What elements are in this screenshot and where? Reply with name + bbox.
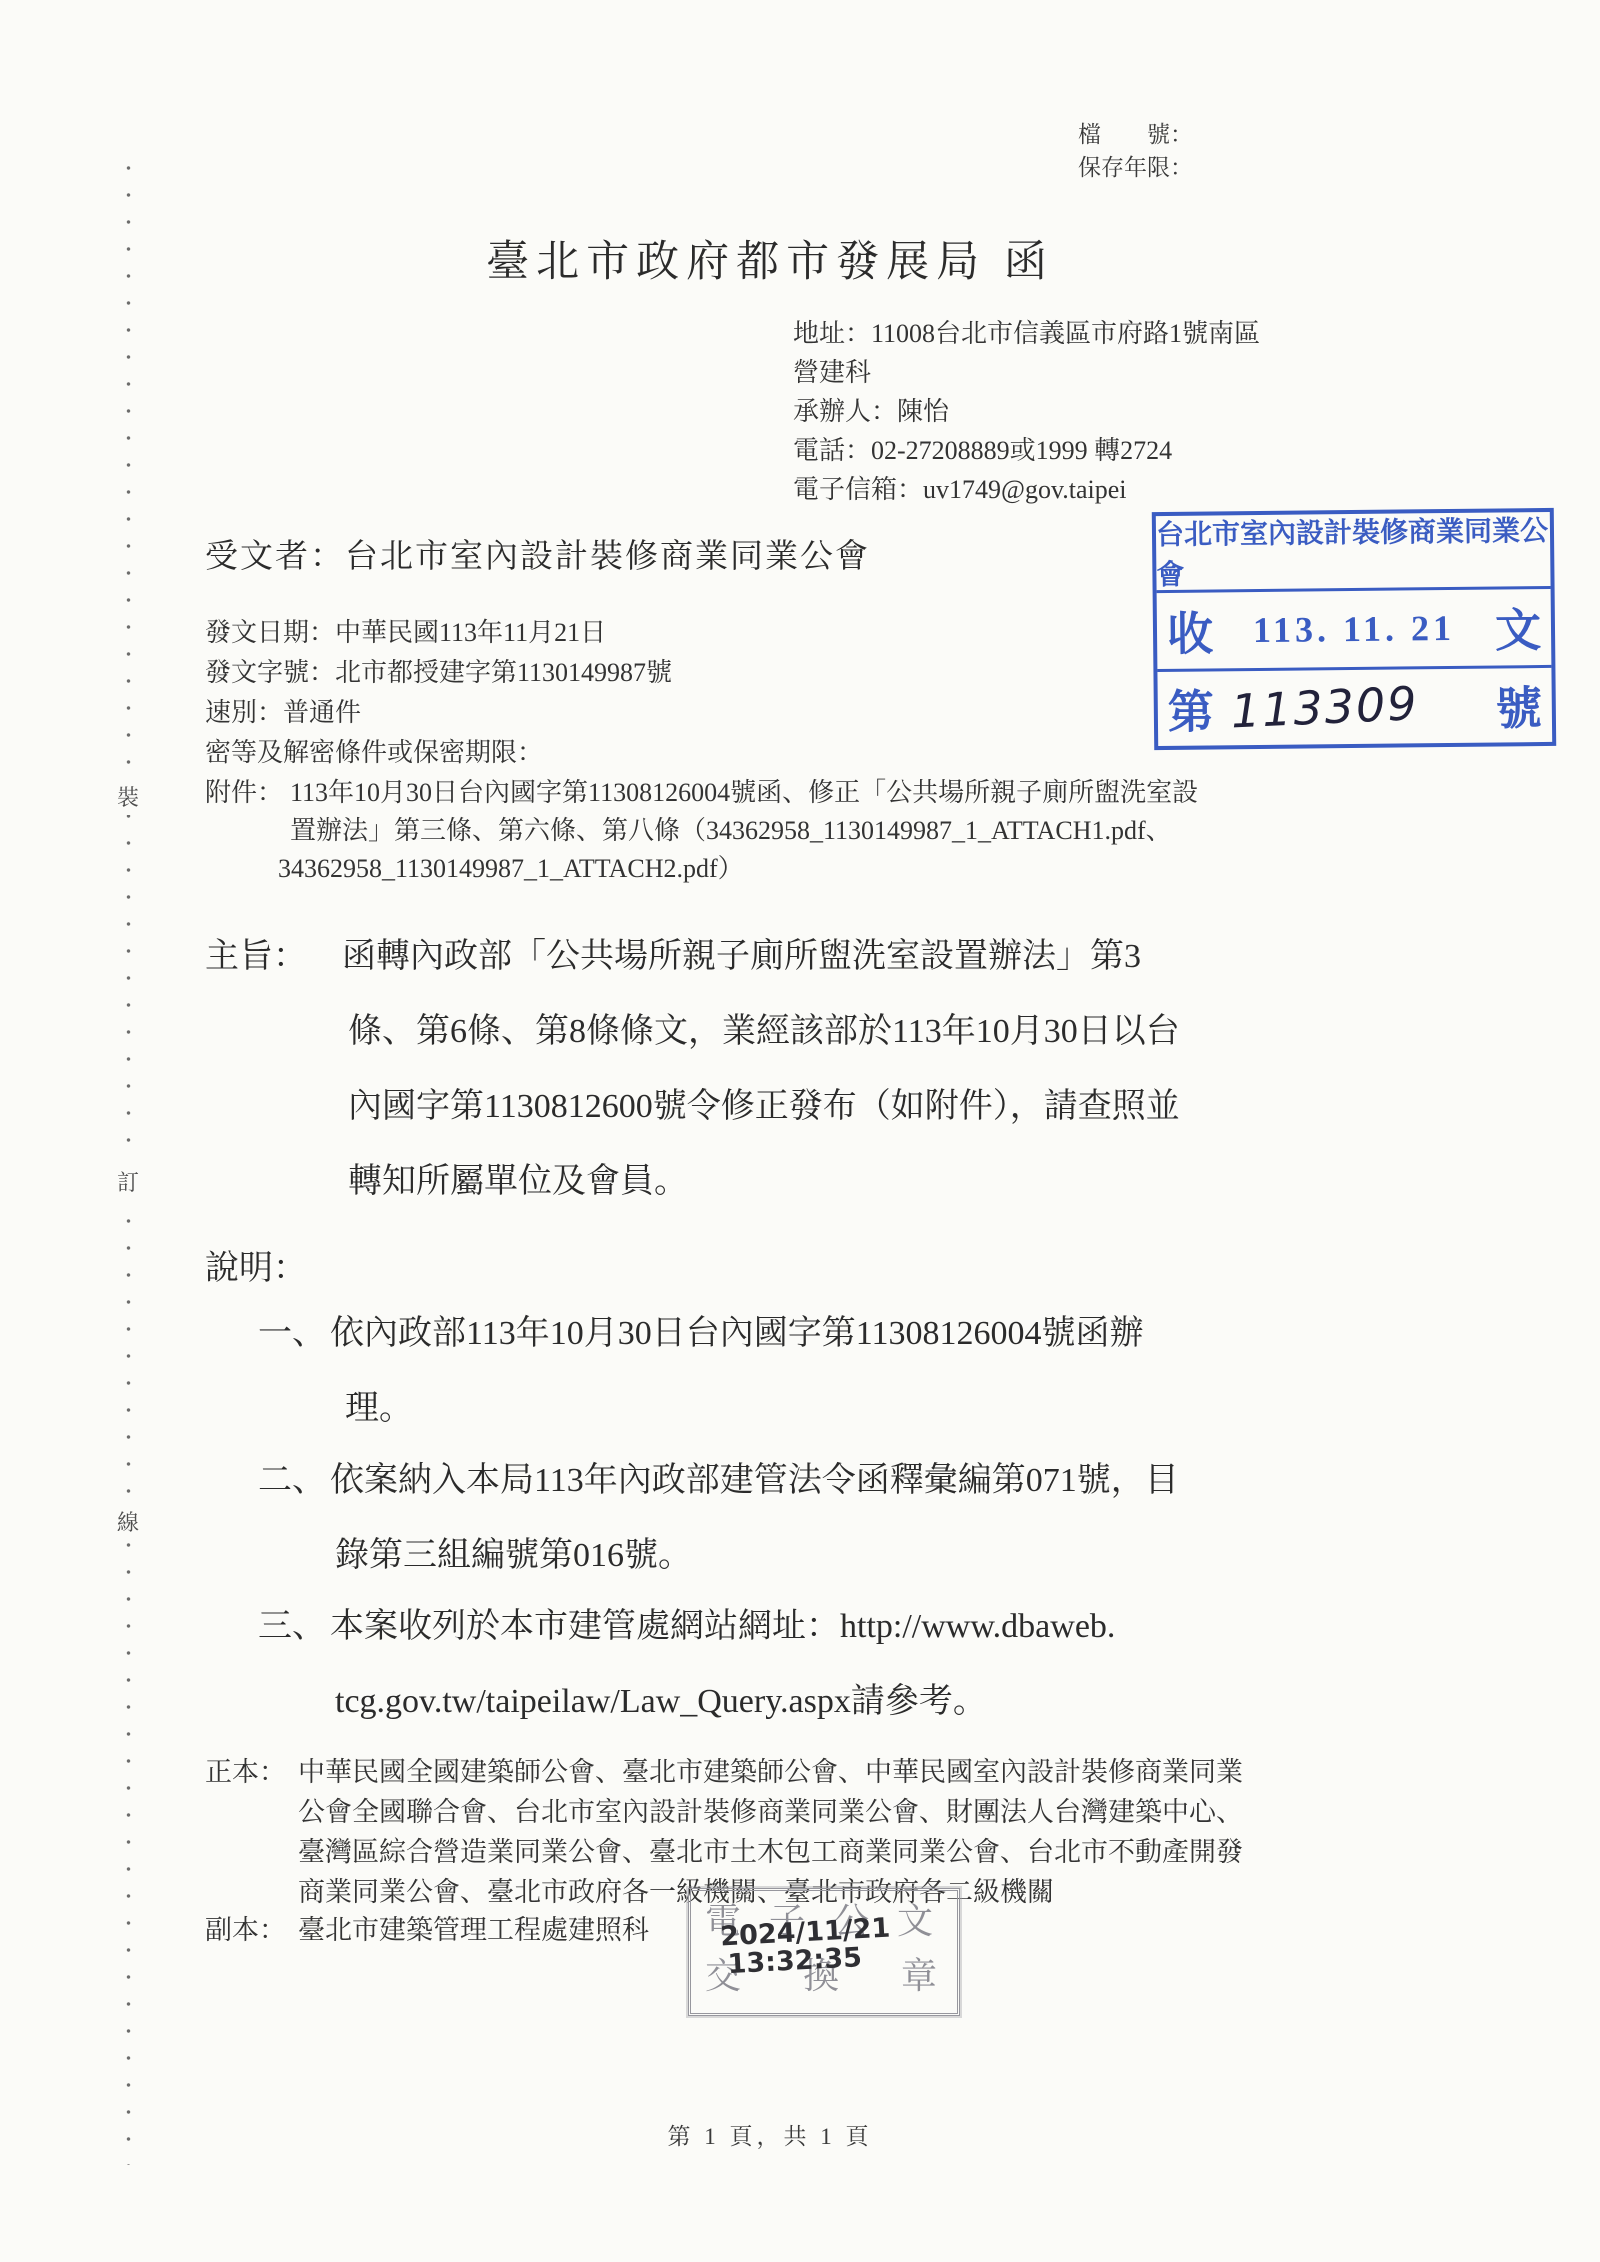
receipt-stamp-doc-char: 文 [1495, 594, 1542, 660]
receipt-stamp-no-prefix: 第 [1167, 675, 1214, 741]
doc-number-line: 發文字號：北市都授建字第1130149987號 [205, 652, 672, 689]
document-title: 臺北市政府都市發展局 函 [0, 228, 1540, 289]
retention-period-label: 保存年限： [1078, 151, 1193, 184]
receipt-stamp-date: 113. 11. 21 [1253, 607, 1455, 651]
explanation-item1-line2: 理。 [345, 1380, 413, 1429]
receipt-stamp-handwritten-number: 113309 [1230, 676, 1420, 738]
explanation-item3-line2: tcg.gov.tw/taipeilaw/Law_Query.aspx請參考。 [335, 1673, 987, 1722]
receipt-stamp-org: 台北市室內設計裝修商業同業公會 [1156, 512, 1551, 593]
attachment-line1: 113年10月30日台內國字第11308126004號函、修正「公共場所親子廁所… [290, 772, 1198, 809]
page-footer: 第 1 頁，共 1 頁 [0, 2118, 1540, 2151]
receipt-stamp-receive-char: 收 [1167, 597, 1214, 663]
electronic-exchange-stamp: 電子公文 交換章 2024/11/21 13:32:35 [688, 1888, 960, 2016]
explanation-item3-line1: 本案收列於本市建管處網站網址：http://www.dbaweb. [330, 1598, 1115, 1647]
explanation-item1-line1: 依內政部113年10月30日台內國字第11308126004號函辦 [330, 1305, 1143, 1354]
binding-char-zhuang: 裝 [112, 778, 144, 815]
sender-phone: 電話：02-27208889或1999 轉2724 [793, 431, 1260, 470]
original-copy-label: 正本： [205, 1750, 286, 1789]
attachment-line2: 置辦法」第三條、第六條、第八條（34362958_1130149987_1_AT… [290, 810, 1172, 847]
exchange-stamp-datetime: 2024/11/21 13:32:35 [720, 1915, 893, 1980]
explanation-item1-no: 一、 [258, 1305, 326, 1354]
attachment-line3: 34362958_1130149987_1_ATTACH2.pdf） [278, 848, 744, 885]
sender-contact-person: 承辦人：陳怡 [793, 392, 1260, 431]
subject-line4: 轉知所屬單位及會員。 [348, 1153, 688, 1202]
security-line: 密等及解密條件或保密期限： [205, 732, 543, 769]
original-copy-line3: 臺灣區綜合營造業同業公會、臺北市土木包工商業同業公會、台北市不動產開發 [298, 1830, 1243, 1869]
receipt-stamp-no-suffix: 號 [1495, 672, 1542, 738]
receipt-stamp-row-date: 收 113. 11. 21 文 [1157, 589, 1552, 672]
attachment-label: 附件： [205, 772, 283, 809]
issue-date-line: 發文日期：中華民國113年11月21日 [205, 612, 606, 649]
original-copy-line1: 中華民國全國建築師公會、臺北市建築師公會、中華民國室內設計裝修商業同業 [298, 1750, 1243, 1789]
sender-address-line1: 地址：11008台北市信義區市府路1號南區 [793, 314, 1260, 353]
explanation-item3-no: 三、 [258, 1598, 326, 1647]
recipient-line: 受文者：台北市室內設計裝修商業同業公會 [205, 530, 870, 577]
subject-label: 主旨： [205, 928, 307, 977]
cc-copy-label: 副本： [205, 1908, 286, 1947]
receipt-stamp-row-number: 第 113309 號 [1157, 668, 1552, 746]
sender-email: 電子信箱：uv1749@gov.taipei [793, 470, 1260, 509]
speed-line: 速別：普通件 [205, 692, 361, 729]
file-number-label: 檔 號： [1078, 118, 1193, 151]
subject-line3: 內國字第1130812600號令修正發布（如附件），請查照並 [348, 1078, 1180, 1127]
explanation-item2-line2: 錄第三組編號第016號。 [335, 1527, 692, 1576]
subject-line1: 函轉內政部「公共場所親子廁所盥洗室設置辦法」第3 [342, 928, 1141, 977]
file-number-block: 檔 號： 保存年限： [1078, 118, 1193, 184]
sender-contact-block: 地址：11008台北市信義區市府路1號南區 營建科 承辦人：陳怡 電話：02-2… [793, 314, 1260, 509]
explanation-item2-no: 二、 [258, 1452, 326, 1501]
receipt-stamp: 台北市室內設計裝修商業同業公會 收 113. 11. 21 文 第 113309… [1152, 508, 1556, 750]
sender-address-line2: 營建科 [793, 353, 1260, 392]
original-copy-line2: 公會全國聯合會、台北市室內設計裝修商業同業公會、財團法人台灣建築中心、 [298, 1790, 1243, 1829]
subject-line2: 條、第6條、第8條條文，業經該部於113年10月30日以台 [348, 1003, 1180, 1052]
binding-char-xian: 線 [112, 1503, 144, 1540]
binding-char-ding: 訂 [112, 1163, 144, 1200]
explanation-label: 說明： [205, 1240, 307, 1289]
cc-copy-text: 臺北市建築管理工程處建照科 [298, 1908, 649, 1947]
explanation-item2-line1: 依案納入本局113年內政部建管法令函釋彙編第071號，目 [330, 1452, 1179, 1501]
